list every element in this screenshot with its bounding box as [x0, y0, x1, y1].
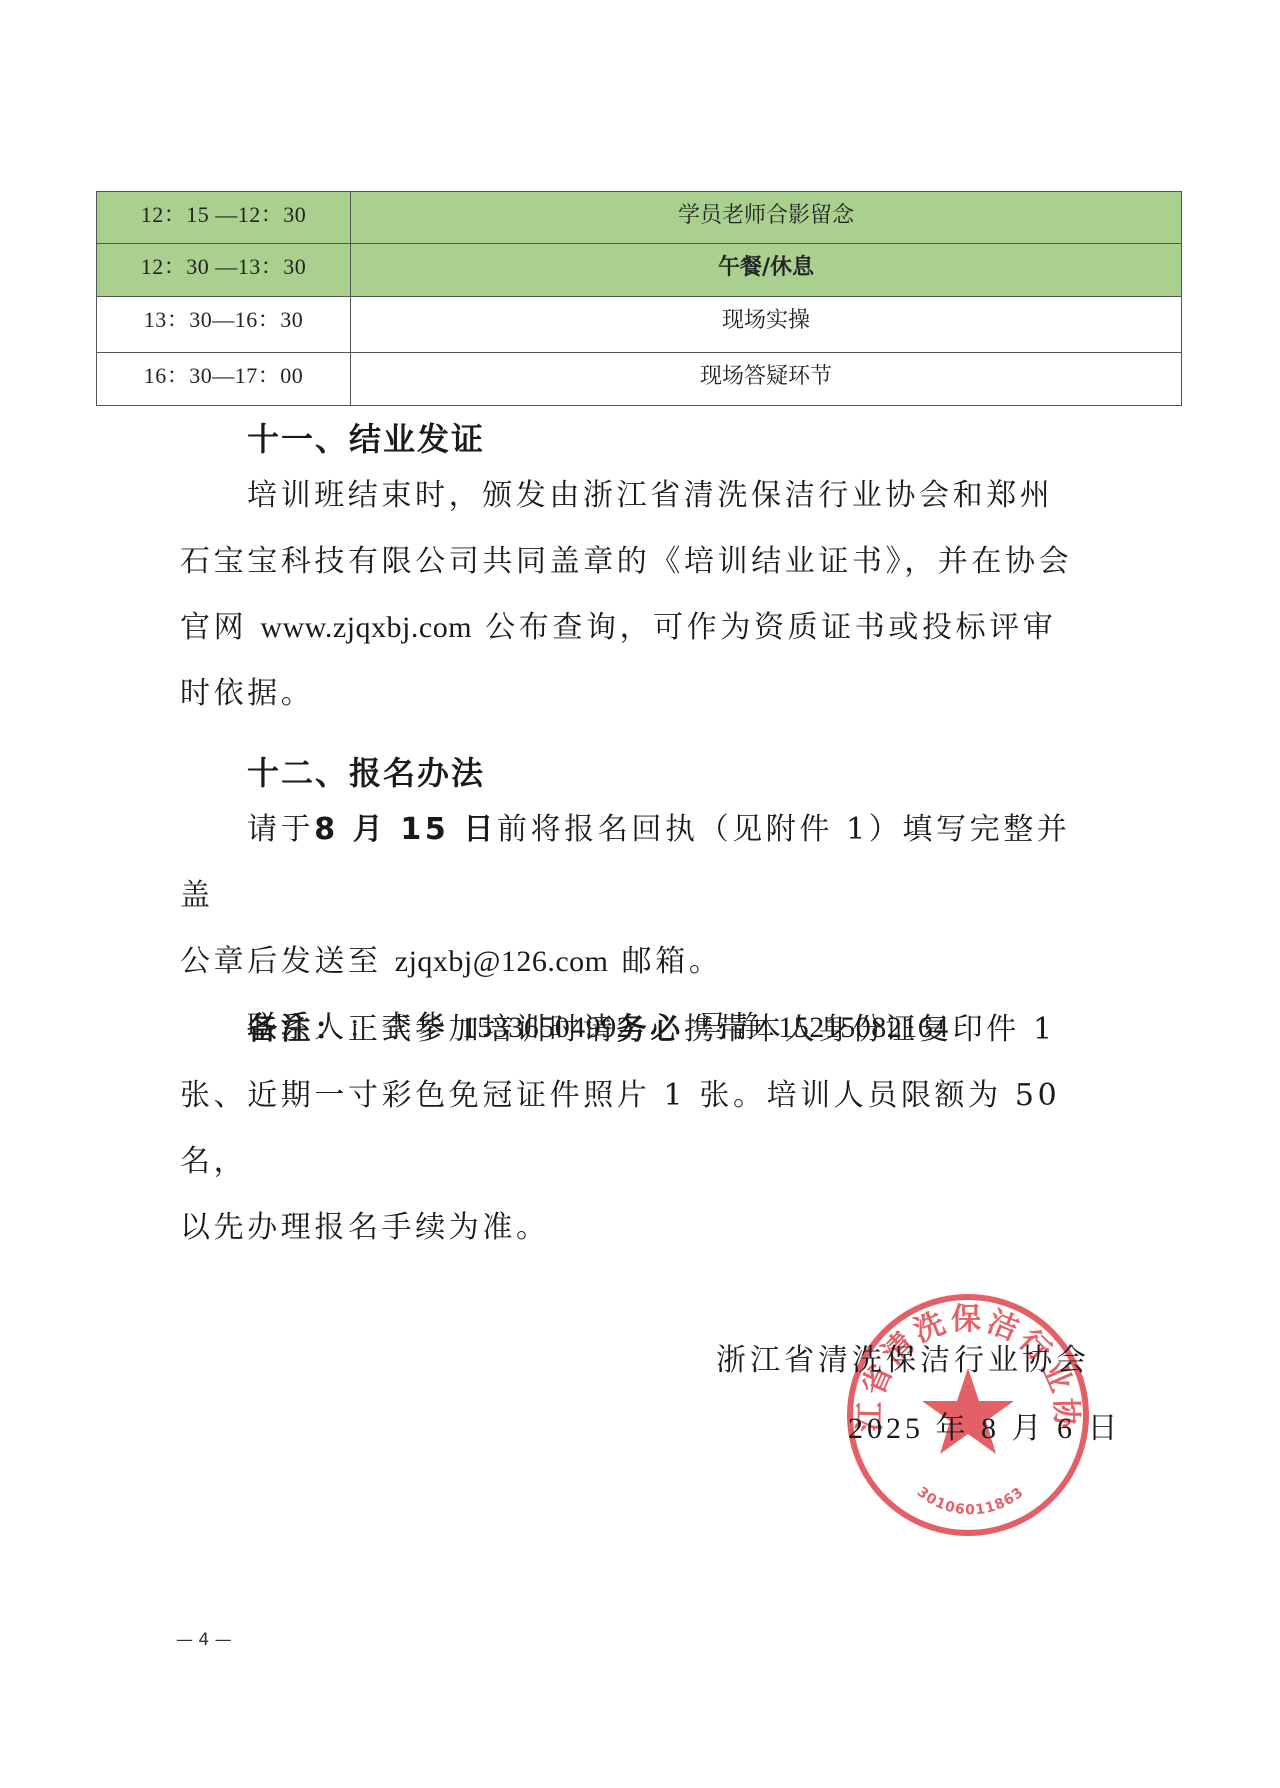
schedule-time: 12：15 —12：30 — [97, 192, 351, 244]
schedule-row: 12：15 —12：30 学员老师合影留念 — [97, 192, 1182, 244]
section-11-line: 培训班结束时，颁发由浙江省清洗保洁行业协会和郑州 — [247, 478, 1053, 513]
schedule-time: 12：30 —13：30 — [97, 244, 351, 297]
section-11-body: 培训班结束时，颁发由浙江省清洗保洁行业协会和郑州 石宝宝科技有限公司共同盖章的《… — [180, 463, 1100, 727]
page-number: — 4 — — [176, 1630, 232, 1650]
schedule-activity: 现场答疑环节 — [351, 353, 1182, 406]
note-label: 备注： — [247, 1012, 348, 1047]
email-link[interactable]: zjqxbj@126.com — [395, 945, 609, 978]
section-11-line: 石宝宝科技有限公司共同盖章的《培训结业证书》，并在协会 — [180, 544, 1072, 579]
schedule-row: 12：30 —13：30 午餐/休息 — [97, 244, 1182, 297]
note-emphasis: 务必 — [617, 1012, 684, 1047]
schedule-row: 16：30—17：00 现场答疑环节 — [97, 353, 1182, 406]
section-11-heading: 十一、结业发证 — [247, 414, 485, 460]
section-11-line-prefix: 官网 — [180, 610, 247, 645]
schedule-row: 13：30—16：30 现场实操 — [97, 297, 1182, 353]
signature-organization: 浙江省清洗保洁行业协会 — [716, 1335, 1090, 1379]
schedule-activity: 午餐/休息 — [351, 244, 1182, 297]
schedule-activity: 学员老师合影留念 — [351, 192, 1182, 244]
section-11-line: 时依据。 — [180, 676, 314, 711]
schedule-activity: 现场实操 — [351, 297, 1182, 353]
registration-text: 公章后发送至 — [180, 944, 382, 979]
registration-deadline: 8 月 15 日 — [314, 812, 497, 847]
signature-date: 2025 年 8 月 6 日 — [848, 1403, 1122, 1447]
registration-text: 请于 — [247, 812, 314, 847]
section-11-line-suffix: 公布查询，可作为资质证书或投标评审 — [485, 610, 1056, 645]
website-link[interactable]: www.zjqxbj.com — [260, 611, 472, 644]
schedule-time: 16：30—17：00 — [97, 353, 351, 406]
section-12-heading: 十二、报名办法 — [247, 748, 485, 794]
note-text: 以先办理报名手续为准。 — [180, 1210, 550, 1245]
note-block: 备注：正式参加培训时请务必携带本人身份证复印件 1 张、近期一寸彩色免冠证件照片… — [180, 997, 1100, 1261]
schedule-table: 12：15 —12：30 学员老师合影留念 12：30 —13：30 午餐/休息… — [96, 191, 1182, 406]
note-text: 张、近期一寸彩色免冠证件照片 1 张。培训人员限额为 50 名， — [180, 1078, 1060, 1179]
registration-text: 邮箱。 — [622, 944, 723, 979]
document-page: 12：15 —12：30 学员老师合影留念 12：30 —13：30 午餐/休息… — [0, 0, 1280, 1788]
note-text: 携带本人身份证复印件 1 — [684, 1012, 1056, 1047]
schedule-time: 13：30—16：30 — [97, 297, 351, 353]
note-text: 正式参加培训时请 — [348, 1012, 617, 1047]
